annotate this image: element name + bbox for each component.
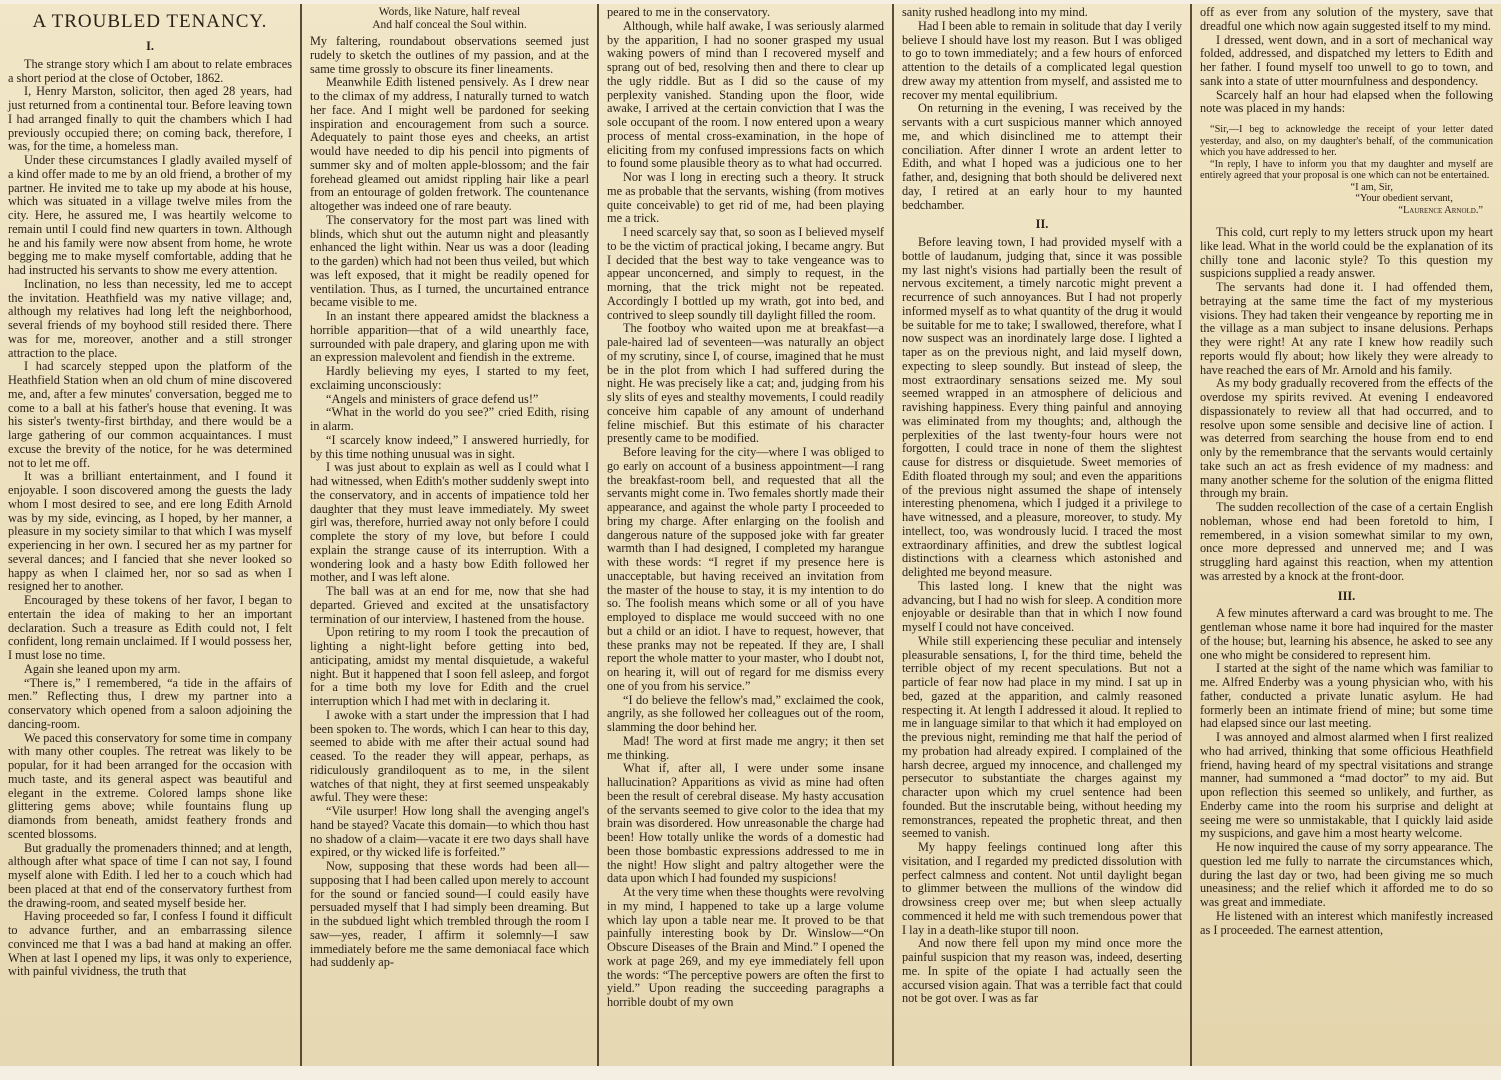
paragraph: I, Henry Marston, solicitor, then aged 2…: [8, 85, 292, 154]
paragraph: The footboy who waited upon me at breakf…: [607, 322, 884, 446]
paragraph: This cold, curt reply to my letters stru…: [1200, 226, 1493, 281]
paragraph: While still experiencing these peculiar …: [902, 635, 1182, 841]
section-heading-1: I.: [8, 40, 292, 54]
article-title: A TROUBLED TENANCY.: [8, 10, 292, 34]
paragraph: This lasted long. I knew that the night …: [902, 580, 1182, 635]
paragraph: off as ever from any solution of the mys…: [1200, 6, 1493, 34]
paragraph: Although, while half awake, I was seriou…: [607, 20, 884, 171]
paragraph: But gradually the promenaders thinned; a…: [8, 842, 292, 911]
paragraph: The servants had done it. I had offended…: [1200, 281, 1493, 377]
paragraph: We paced this conservatory for some time…: [8, 732, 292, 842]
paragraph: Mad! The word at first made me angry; it…: [607, 735, 884, 763]
paragraph: A few minutes afterward a card was broug…: [1200, 607, 1493, 662]
paragraph: Had I been able to remain in solitude th…: [902, 20, 1182, 103]
paragraph: “What in the world do you see?” cried Ed…: [310, 406, 589, 434]
paragraph: Scarcely half an hour had elapsed when t…: [1200, 89, 1493, 117]
column-2: Words, like Nature, half reveal And half…: [302, 4, 599, 1066]
letter-paragraph: “Sir,—I beg to acknowledge the receipt o…: [1200, 124, 1493, 159]
paragraph: Again she leaned upon my arm.: [8, 663, 292, 677]
verse-line: Words, like Nature, half reveal: [310, 6, 589, 19]
column-1: A TROUBLED TENANCY. I. The strange story…: [0, 4, 302, 1066]
paragraph: I started at the sight of the name which…: [1200, 662, 1493, 731]
paragraph: Before leaving for the city—where I was …: [607, 446, 884, 694]
paragraph: He listened with an interest which manif…: [1200, 910, 1493, 938]
paragraph: The ball was at an end for me, now that …: [310, 585, 589, 626]
paragraph: I dressed, went down, and in a sort of m…: [1200, 34, 1493, 89]
column-5: off as ever from any solution of the mys…: [1192, 4, 1501, 1066]
paragraph: peared to me in the conservatory.: [607, 6, 884, 20]
paragraph: And now there fell upon my mind once mor…: [902, 937, 1182, 1006]
section-heading-2: II.: [902, 218, 1182, 232]
paragraph: At the very time when these thoughts wer…: [607, 886, 884, 1010]
paragraph: I was just about to explain as well as I…: [310, 461, 589, 585]
letter-signature: “Laurence Arnold.”: [1200, 205, 1493, 217]
letter-paragraph: “In reply, I have to inform you that my …: [1200, 159, 1493, 182]
paragraph: Hardly believing my eyes, I started to m…: [310, 365, 589, 393]
paragraph: My faltering, roundabout observations se…: [310, 35, 589, 76]
paragraph: “Vile usurper! How long shall the avengi…: [310, 805, 589, 860]
verse-line: And half conceal the Soul within.: [310, 19, 589, 32]
paragraph: “Angels and ministers of grace defend us…: [310, 393, 589, 407]
paragraph: I had scarcely stepped upon the platform…: [8, 360, 292, 470]
paragraph: The strange story which I am about to re…: [8, 58, 292, 86]
paragraph: “There is,” I remembered, “a tide in the…: [8, 677, 292, 732]
newspaper-page: A TROUBLED TENANCY. I. The strange story…: [0, 0, 1501, 1080]
paragraph: In an instant there appeared amidst the …: [310, 310, 589, 365]
paragraph: I awoke with a start under the impressio…: [310, 709, 589, 805]
letter-closing: “I am, Sir,: [1200, 182, 1493, 194]
paragraph: “I do believe the fellow's mad,” exclaim…: [607, 694, 884, 735]
paragraph: Nor was I long in erecting such a theory…: [607, 171, 884, 226]
paragraph: My happy feelings continued long after t…: [902, 841, 1182, 937]
quoted-letter: “Sir,—I beg to acknowledge the receipt o…: [1200, 124, 1493, 216]
paragraph: Under these circumstances I gladly avail…: [8, 154, 292, 278]
paragraph: Upon retiring to my room I took the prec…: [310, 626, 589, 709]
paragraph: I need scarcely say that, so soon as I b…: [607, 226, 884, 322]
paragraph: The conservatory for the most part was l…: [310, 214, 589, 310]
column-3: peared to me in the conservatory. Althou…: [599, 4, 894, 1066]
paragraph: sanity rushed headlong into my mind.: [902, 6, 1182, 20]
paragraph: Meanwhile Edith listened pensively. As I…: [310, 76, 589, 214]
paragraph: The sudden recollection of the case of a…: [1200, 501, 1493, 584]
paragraph: Having proceeded so far, I confess I fou…: [8, 910, 292, 979]
paragraph: “I scarcely know indeed,” I answered hur…: [310, 434, 589, 462]
paragraph: Now, supposing that these words had been…: [310, 860, 589, 970]
paragraph: What if, after all, I were under some in…: [607, 762, 884, 886]
paragraph: Before leaving town, I had provided myse…: [902, 236, 1182, 580]
column-4: sanity rushed headlong into my mind. Had…: [894, 4, 1192, 1066]
paragraph: He now inquired the cause of my sorry ap…: [1200, 841, 1493, 910]
paragraph: I was annoyed and almost alarmed when I …: [1200, 731, 1493, 841]
verse-quote: Words, like Nature, half reveal And half…: [310, 6, 589, 31]
paragraph: On returning in the evening, I was recei…: [902, 102, 1182, 212]
paragraph: As my body gradually recovered from the …: [1200, 377, 1493, 501]
section-heading-3: III.: [1200, 590, 1493, 604]
letter-closing: “Your obedient servant,: [1200, 193, 1493, 205]
paragraph: It was a brilliant entertainment, and I …: [8, 470, 292, 594]
paragraph: Inclination, no less than necessity, led…: [8, 278, 292, 361]
paragraph: Encouraged by these tokens of her favor,…: [8, 594, 292, 663]
